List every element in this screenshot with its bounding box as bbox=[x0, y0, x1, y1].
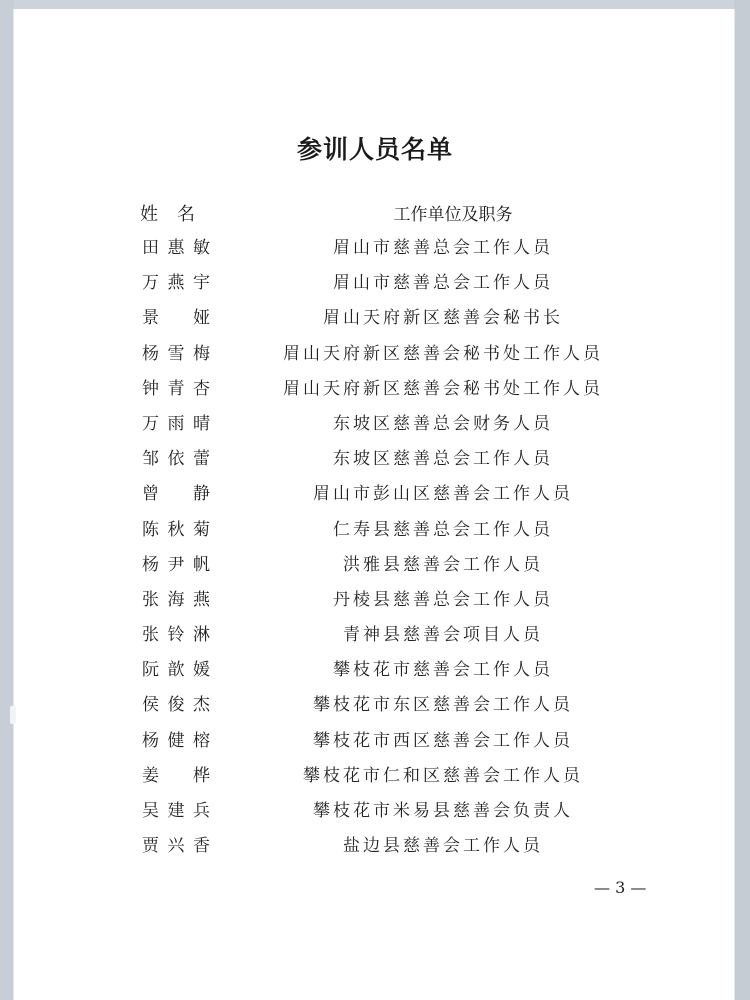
attendee-name: 阮歆媛 bbox=[142, 655, 212, 680]
table-row: 钟青杏眉山天府新区慈善会秘书处工作人员 bbox=[0, 370, 750, 405]
attendee-unit: 攀枝花市慈善会工作人员 bbox=[280, 655, 606, 680]
attendee-name: 邹依蕾 bbox=[142, 444, 212, 469]
table-row: 万雨晴东坡区慈善总会财务人员 bbox=[0, 405, 750, 440]
attendee-name: 张铃淋 bbox=[142, 620, 212, 645]
document-title: 参训人员名单 bbox=[0, 130, 750, 166]
table-row: 侯俊杰攀枝花市东区慈善会工作人员 bbox=[0, 686, 750, 721]
column-header-name: 姓名 bbox=[140, 200, 196, 226]
attendee-unit: 眉山市慈善总会工作人员 bbox=[280, 233, 606, 258]
attendee-unit: 眉山天府新区慈善会秘书长 bbox=[280, 303, 606, 328]
table-row: 吴建兵攀枝花市米易县慈善会负责人 bbox=[0, 792, 750, 827]
attendee-unit: 东坡区慈善总会财务人员 bbox=[280, 409, 606, 434]
name-header-char-1: 姓 bbox=[140, 204, 159, 225]
attendee-unit: 攀枝花市米易县慈善会负责人 bbox=[280, 796, 606, 821]
table-row: 杨雪梅眉山天府新区慈善会秘书处工作人员 bbox=[0, 335, 750, 370]
attendee-name: 贾兴香 bbox=[142, 831, 212, 856]
attendee-unit: 盐边县慈善会工作人员 bbox=[280, 831, 606, 856]
attendee-name: 姜桦 bbox=[142, 761, 212, 786]
attendee-name: 吴建兵 bbox=[142, 796, 212, 821]
attendee-name: 万燕宇 bbox=[142, 268, 212, 293]
attendee-unit: 洪雅县慈善会工作人员 bbox=[280, 550, 606, 575]
attendee-name: 曾静 bbox=[142, 479, 212, 504]
table-row: 万燕宇眉山市慈善总会工作人员 bbox=[0, 264, 750, 299]
table-row: 邹依蕾东坡区慈善总会工作人员 bbox=[0, 440, 750, 475]
attendee-unit: 攀枝花市东区慈善会工作人员 bbox=[280, 690, 606, 715]
attendee-name: 张海燕 bbox=[142, 585, 212, 610]
attendee-name: 杨尹帆 bbox=[142, 550, 212, 575]
table-row: 景娅眉山天府新区慈善会秘书长 bbox=[0, 299, 750, 334]
attendee-unit: 眉山市彭山区慈善会工作人员 bbox=[280, 479, 606, 504]
table-row: 张海燕丹棱县慈善总会工作人员 bbox=[0, 581, 750, 616]
attendee-name: 杨雪梅 bbox=[142, 339, 212, 364]
table-row: 曾静眉山市彭山区慈善会工作人员 bbox=[0, 475, 750, 510]
attendee-unit: 攀枝花市仁和区慈善会工作人员 bbox=[280, 761, 606, 786]
attendee-name: 陈秋菊 bbox=[142, 515, 212, 540]
attendee-name: 田惠敏 bbox=[142, 233, 212, 258]
attendee-unit: 眉山天府新区慈善会秘书处工作人员 bbox=[280, 374, 606, 399]
attendee-name: 景娅 bbox=[142, 303, 212, 328]
attendee-unit: 仁寿县慈善总会工作人员 bbox=[280, 515, 606, 540]
attendee-unit: 东坡区慈善总会工作人员 bbox=[280, 444, 606, 469]
attendee-unit: 眉山天府新区慈善会秘书处工作人员 bbox=[280, 339, 606, 364]
table-row: 贾兴香盐边县慈善会工作人员 bbox=[0, 827, 750, 862]
table-row: 杨健榕攀枝花市西区慈善会工作人员 bbox=[0, 722, 750, 757]
table-row: 杨尹帆洪雅县慈善会工作人员 bbox=[0, 546, 750, 581]
attendee-name: 杨健榕 bbox=[142, 726, 212, 751]
attendee-unit: 青神县慈善会项目人员 bbox=[280, 620, 606, 645]
table-row: 陈秋菊仁寿县慈善总会工作人员 bbox=[0, 511, 750, 546]
table-row: 田惠敏眉山市慈善总会工作人员 bbox=[0, 229, 750, 264]
attendee-name: 钟青杏 bbox=[142, 374, 212, 399]
attendee-list: 田惠敏眉山市慈善总会工作人员 万燕宇眉山市慈善总会工作人员 景娅眉山天府新区慈善… bbox=[0, 229, 750, 862]
table-row: 张铃淋青神县慈善会项目人员 bbox=[0, 616, 750, 651]
attendee-unit: 攀枝花市西区慈善会工作人员 bbox=[280, 726, 606, 751]
table-row: 姜桦攀枝花市仁和区慈善会工作人员 bbox=[0, 757, 750, 792]
name-header-char-2: 名 bbox=[177, 204, 196, 225]
attendee-unit: 眉山市慈善总会工作人员 bbox=[280, 268, 606, 293]
attendee-unit: 丹棱县慈善总会工作人员 bbox=[280, 585, 606, 610]
table-row: 阮歆媛攀枝花市慈善会工作人员 bbox=[0, 651, 750, 686]
attendee-name: 万雨晴 bbox=[142, 409, 212, 434]
column-header-unit: 工作单位及职务 bbox=[368, 200, 538, 225]
scan-border-top bbox=[0, 0, 750, 9]
page-number: — 3 — bbox=[594, 878, 646, 897]
attendee-name: 侯俊杰 bbox=[142, 690, 212, 715]
